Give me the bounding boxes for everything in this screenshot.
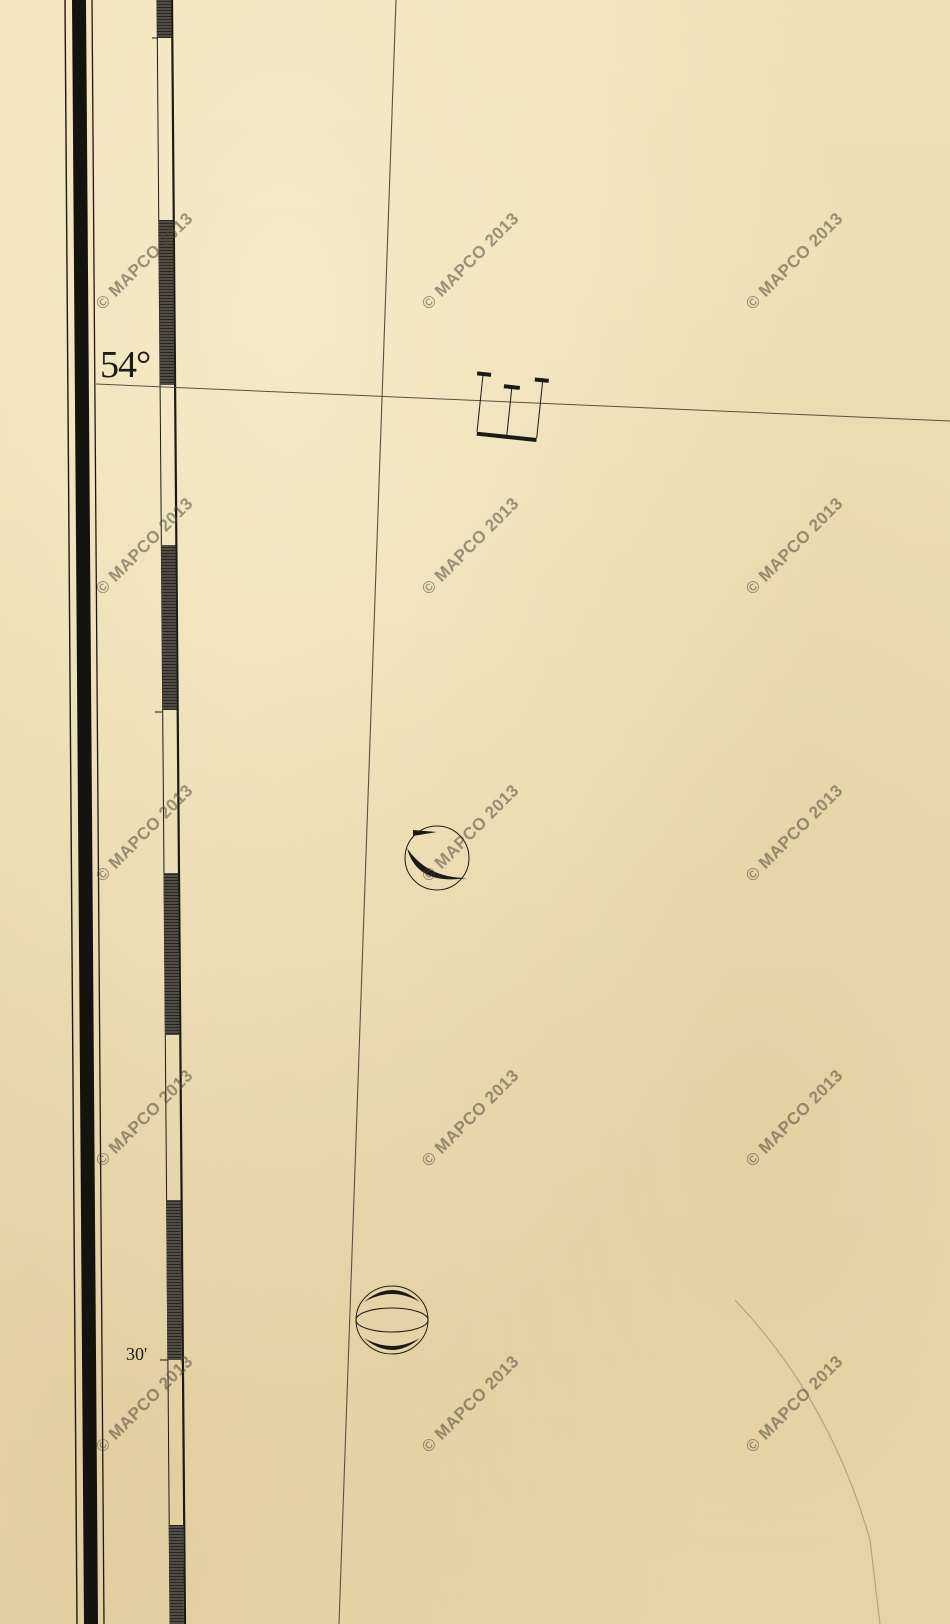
latitude-label-30-minutes: 30' xyxy=(126,1344,147,1365)
ocean-letter-e xyxy=(471,371,549,442)
meridian xyxy=(339,0,396,1624)
latitude-label-54: 54° xyxy=(100,343,150,387)
ocean-letter-o xyxy=(356,1286,428,1354)
parallel-54 xyxy=(96,384,950,421)
